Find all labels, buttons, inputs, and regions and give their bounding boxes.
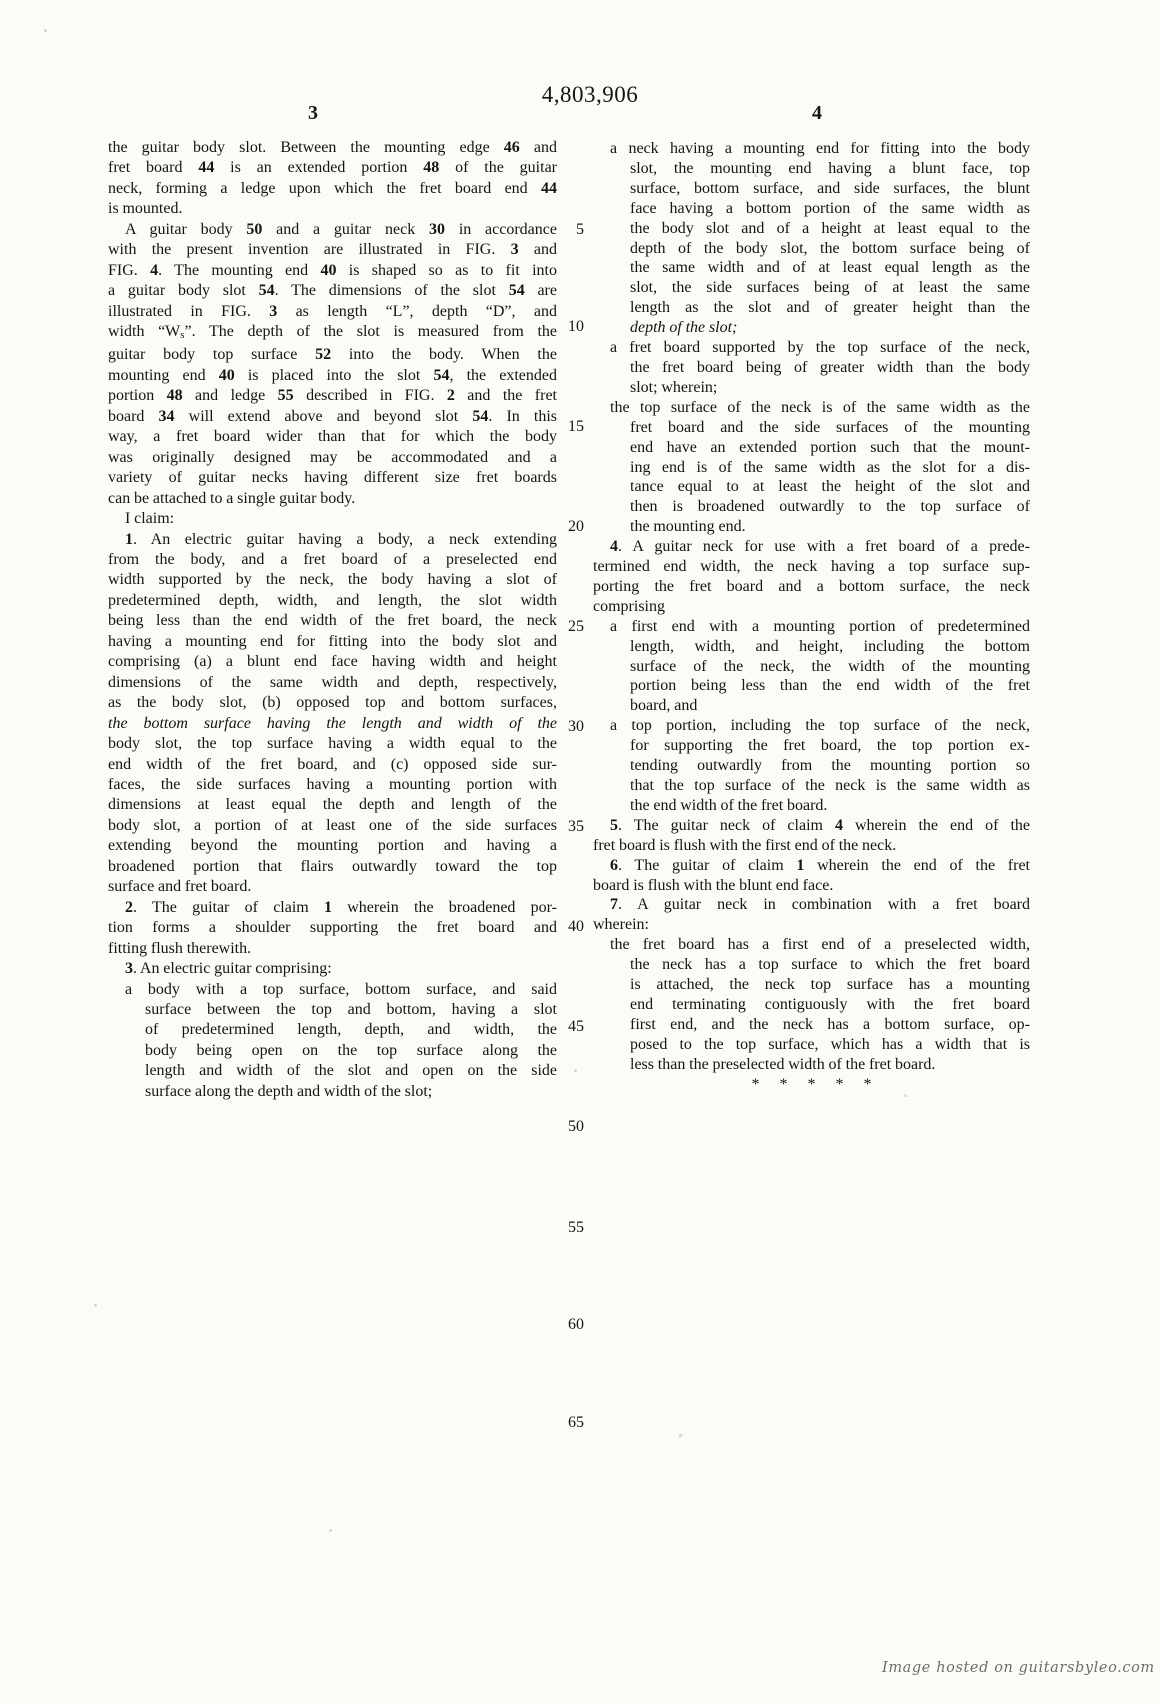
text-line: body slot, the top surface having a widt… (108, 734, 557, 754)
watermark: Image hosted on guitarsbyleo.com (882, 1660, 1142, 1676)
text-line: surface of the neck, the width of the mo… (593, 657, 1030, 677)
text-line: termined end width, the neck having a to… (593, 557, 1030, 577)
text-line: end width of the fret board, and (c) opp… (108, 755, 557, 775)
text-line: that the top surface of the neck is the … (593, 776, 1030, 796)
text-line: was originally designed may be accommoda… (108, 448, 557, 468)
right-column-text: a neck having a mounting end for fitting… (593, 139, 1030, 1095)
patent-page: { "page": { "patent_number": "4,803,906"… (0, 0, 1160, 1704)
line-number: 65 (534, 1413, 584, 1433)
text-line: the bottom surface having the length and… (108, 714, 557, 734)
text-line: * * * * * (593, 1075, 1030, 1095)
text-line: slot, the mounting end having a blunt fa… (593, 159, 1030, 179)
line-number: 20 (534, 517, 584, 537)
left-column-text: the guitar body slot. Between the mounti… (108, 138, 557, 1102)
text-line: fret board 44 is an extended portion 48 … (108, 158, 557, 178)
line-number: 40 (534, 917, 584, 937)
text-line: with the present invention are illustrat… (108, 240, 557, 260)
text-line: width “Ws”. The depth of the slot is mea… (108, 322, 557, 345)
line-number: 5 (534, 220, 584, 240)
text-line: way, a fret board wider than that for wh… (108, 427, 557, 447)
text-line: I claim: (108, 509, 557, 529)
text-line: the body slot and of a height at least e… (593, 219, 1030, 239)
text-line: width supported by the neck, the body ha… (108, 570, 557, 590)
line-number: 15 (534, 417, 584, 437)
text-line: a body with a top surface, bottom surfac… (108, 980, 557, 1000)
line-number: 45 (534, 1017, 584, 1037)
text-line: 3. An electric guitar comprising: (108, 959, 557, 979)
text-line: a fret board supported by the top surfac… (593, 338, 1030, 358)
text-line: guitar body top surface 52 into the body… (108, 345, 557, 365)
text-line: then is broadened outwardly to the top s… (593, 497, 1030, 517)
text-line: slot, the side surfaces being of at leas… (593, 278, 1030, 298)
text-line: board, and (593, 696, 1030, 716)
text-line: a guitar body slot 54. The dimensions of… (108, 281, 557, 301)
text-line: faces, the side surfaces having a mounti… (108, 775, 557, 795)
text-line: 5. The guitar neck of claim 4 wherein th… (593, 816, 1030, 836)
text-line: depth of the body slot, the bottom surfa… (593, 239, 1030, 259)
text-line: the mounting end. (593, 517, 1030, 537)
text-line: having a mounting end for fitting into t… (108, 632, 557, 652)
text-line: posed to the top surface, which has a wi… (593, 1035, 1030, 1055)
text-line: neck, forming a ledge upon which the fre… (108, 179, 557, 199)
text-line: a neck having a mounting end for fitting… (593, 139, 1030, 159)
line-number: 50 (534, 1117, 584, 1137)
text-line: 2. The guitar of claim 1 wherein the bro… (108, 898, 557, 918)
line-number: 55 (534, 1218, 584, 1238)
text-line: surface, bottom surface, and side surfac… (593, 179, 1030, 199)
text-line: variety of guitar necks having different… (108, 468, 557, 488)
text-line: ing end is of the same width as the slot… (593, 458, 1030, 478)
text-line: comprising (a) a blunt end face having w… (108, 652, 557, 672)
text-line: is attached, the neck top surface has a … (593, 975, 1030, 995)
text-line: depth of the slot; (593, 318, 1030, 338)
text-line: the fret board has a first end of a pres… (593, 935, 1030, 955)
text-line: portion being less than the end width of… (593, 676, 1030, 696)
text-line: the top surface of the neck is of the sa… (593, 398, 1030, 418)
text-line: board 34 will extend above and beyond sl… (108, 407, 557, 427)
text-line: surface and fret board. (108, 877, 557, 897)
text-line: end terminating contiguously with the fr… (593, 995, 1030, 1015)
scan-specks (0, 0, 1, 1)
text-line: comprising (593, 597, 1030, 617)
text-line: fret board and the side surfaces of the … (593, 418, 1030, 438)
text-line: a top portion, including the top surface… (593, 716, 1030, 736)
text-line: tance equal to at least the height of th… (593, 477, 1030, 497)
text-line: wherein: (593, 915, 1030, 935)
text-line: the guitar body slot. Between the mounti… (108, 138, 557, 158)
text-line: 6. The guitar of claim 1 wherein the end… (593, 856, 1030, 876)
text-line: tending outwardly from the mounting port… (593, 756, 1030, 776)
text-line: the same width and of at least equal len… (593, 258, 1030, 278)
text-line: less than the preselected width of the f… (593, 1055, 1030, 1075)
text-line: portion 48 and ledge 55 described in FIG… (108, 386, 557, 406)
text-line: end have an extended portion such that t… (593, 438, 1030, 458)
text-line: A guitar body 50 and a guitar neck 30 in… (108, 220, 557, 240)
text-line: length and width of the slot and open on… (108, 1061, 557, 1081)
right-column-number: 4 (787, 102, 847, 125)
text-line: is mounted. (108, 199, 557, 219)
line-number: 10 (534, 317, 584, 337)
text-line: being less than the end width of the fre… (108, 611, 557, 631)
text-line: broadened portion that flairs outwardly … (108, 857, 557, 877)
line-number: 35 (534, 817, 584, 837)
text-line: surface between the top and bottom, havi… (108, 1000, 557, 1020)
text-line: fret board is flush with the first end o… (593, 836, 1030, 856)
text-line: extending beyond the mounting portion an… (108, 836, 557, 856)
text-line: length as the slot and of greater height… (593, 298, 1030, 318)
text-line: for supporting the fret board, the top p… (593, 736, 1030, 756)
text-line: board is flush with the blunt end face. (593, 876, 1030, 896)
text-line: body slot, a portion of at least one of … (108, 816, 557, 836)
line-number: 25 (534, 617, 584, 637)
text-line: 4. A guitar neck for use with a fret boa… (593, 537, 1030, 557)
text-line: body being open on the top surface along… (108, 1041, 557, 1061)
text-line: first end, and the neck has a bottom sur… (593, 1015, 1030, 1035)
text-line: a first end with a mounting portion of p… (593, 617, 1030, 637)
text-line: from the body, and a fret board of a pre… (108, 550, 557, 570)
text-line: of predetermined length, depth, and widt… (108, 1020, 557, 1040)
text-line: FIG. 4. The mounting end 40 is shaped so… (108, 261, 557, 281)
text-line: as the body slot, (b) opposed top and bo… (108, 693, 557, 713)
text-line: length, width, and height, including the… (593, 637, 1030, 657)
patent-number: 4,803,906 (480, 82, 700, 108)
text-line: 7. A guitar neck in combination with a f… (593, 895, 1030, 915)
left-column-number: 3 (283, 102, 343, 125)
text-line: slot; wherein; (593, 378, 1030, 398)
text-line: surface along the depth and width of the… (108, 1082, 557, 1102)
text-line: mounting end 40 is placed into the slot … (108, 366, 557, 386)
text-line: predetermined depth, width, and length, … (108, 591, 557, 611)
text-line: porting the fret board and a bottom surf… (593, 577, 1030, 597)
text-line: dimensions of the same width and depth, … (108, 673, 557, 693)
text-line: can be attached to a single guitar body. (108, 489, 557, 509)
text-line: the neck has a top surface to which the … (593, 955, 1030, 975)
text-line: dimensions at least equal the depth and … (108, 795, 557, 815)
text-line: face having a bottom portion of the same… (593, 199, 1030, 219)
line-number: 30 (534, 717, 584, 737)
text-line: the end width of the fret board. (593, 796, 1030, 816)
text-line: the fret board being of greater width th… (593, 358, 1030, 378)
text-line: fitting flush therewith. (108, 939, 557, 959)
text-line: 1. An electric guitar having a body, a n… (108, 530, 557, 550)
line-number: 60 (534, 1315, 584, 1335)
text-line: tion forms a shoulder supporting the fre… (108, 918, 557, 938)
text-line: illustrated in FIG. 3 as length “L”, dep… (108, 302, 557, 322)
